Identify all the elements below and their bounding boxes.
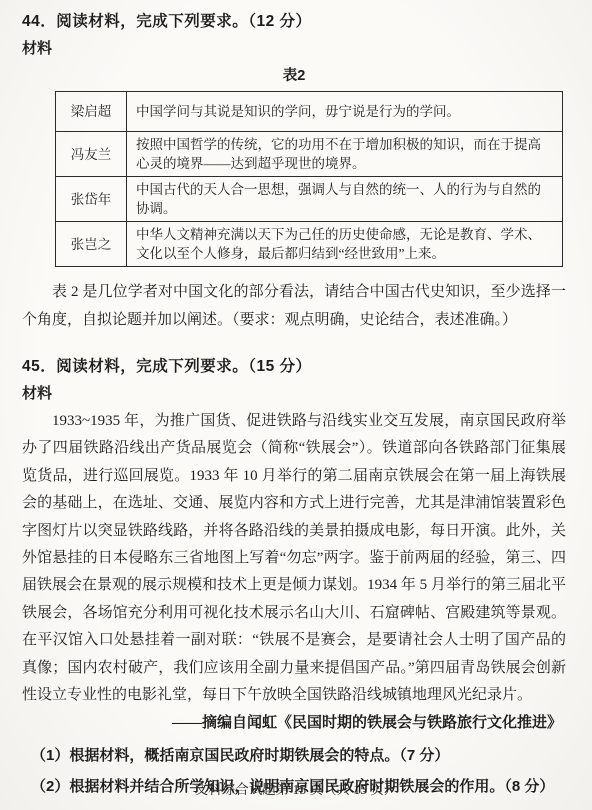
table-2-caption: 表2 xyxy=(22,65,566,87)
exam-page: 44．阅读材料，完成下列要求。（12 分） 材料 表2 梁启超 中国学问与其说是… xyxy=(0,0,592,810)
sub-question-1: （1）根据材料，概括南京国民政府时期铁展会的特点。（7 分） xyxy=(22,741,566,772)
material-label-q44: 材料 xyxy=(22,36,566,62)
scholar-view-cell: 中华人文精神充满以天下为己任的历史使命感，无论是教育、学术、文化以至个人修身，最… xyxy=(127,222,563,267)
table-row: 张岂之 中华人文精神充满以天下为己任的历史使命感，无论是教育、学术、文化以至个人… xyxy=(56,222,563,267)
scholar-name-cell: 张岂之 xyxy=(56,222,127,267)
scholar-name-cell: 张岱年 xyxy=(56,177,127,222)
question-44-header: 44．阅读材料，完成下列要求。（12 分） xyxy=(22,8,566,36)
table-row: 梁启超 中国学问与其说是知识的学问，毋宁说是行为的学问。 xyxy=(56,92,563,132)
question-45-header: 45．阅读材料，完成下列要求。（15 分） xyxy=(22,353,566,381)
question-44-prompt: 表 2 是几位学者对中国文化的部分看法，请结合中国古代史知识，至少选择一个角度，… xyxy=(22,278,566,334)
scholar-view-cell: 中国古代的天人合一思想，强调人与自然的统一、人的行为与自然的协调。 xyxy=(127,177,563,222)
question-45-section: 45．阅读材料，完成下列要求。（15 分） 材料 1933~1935 年，为推广… xyxy=(22,353,566,802)
table-row: 冯友兰 按照中国哲学的传统，它的功用不在于增加积极的知识，而在于提高心灵的境界—… xyxy=(56,132,563,177)
material-label-q45: 材料 xyxy=(22,381,566,407)
scholar-name-cell: 梁启超 xyxy=(56,92,127,132)
scholar-view-cell: 中国学问与其说是知识的学问，毋宁说是行为的学问。 xyxy=(127,92,563,132)
table-row: 张岱年 中国古代的天人合一思想，强调人与自然的统一、人的行为与自然的协调。 xyxy=(56,177,563,222)
source-attribution: ——摘编自闻虹《民国时期的铁展会与铁路旅行文化推进》 xyxy=(22,709,566,738)
scholar-view-cell: 按照中国哲学的传统，它的功用不在于增加积极的知识，而在于提高心灵的境界——达到超… xyxy=(127,132,563,177)
page-footer: 文科综合试题第 15 页（共 15 页） xyxy=(0,781,592,799)
question-45-material-paragraph: 1933~1935 年，为推广国货、促进铁路与沿线实业交互发展，南京国民政府举办… xyxy=(22,408,566,709)
scholar-views-table: 梁启超 中国学问与其说是知识的学问，毋宁说是行为的学问。 冯友兰 按照中国哲学的… xyxy=(55,91,563,267)
scholar-name-cell: 冯友兰 xyxy=(56,132,127,177)
